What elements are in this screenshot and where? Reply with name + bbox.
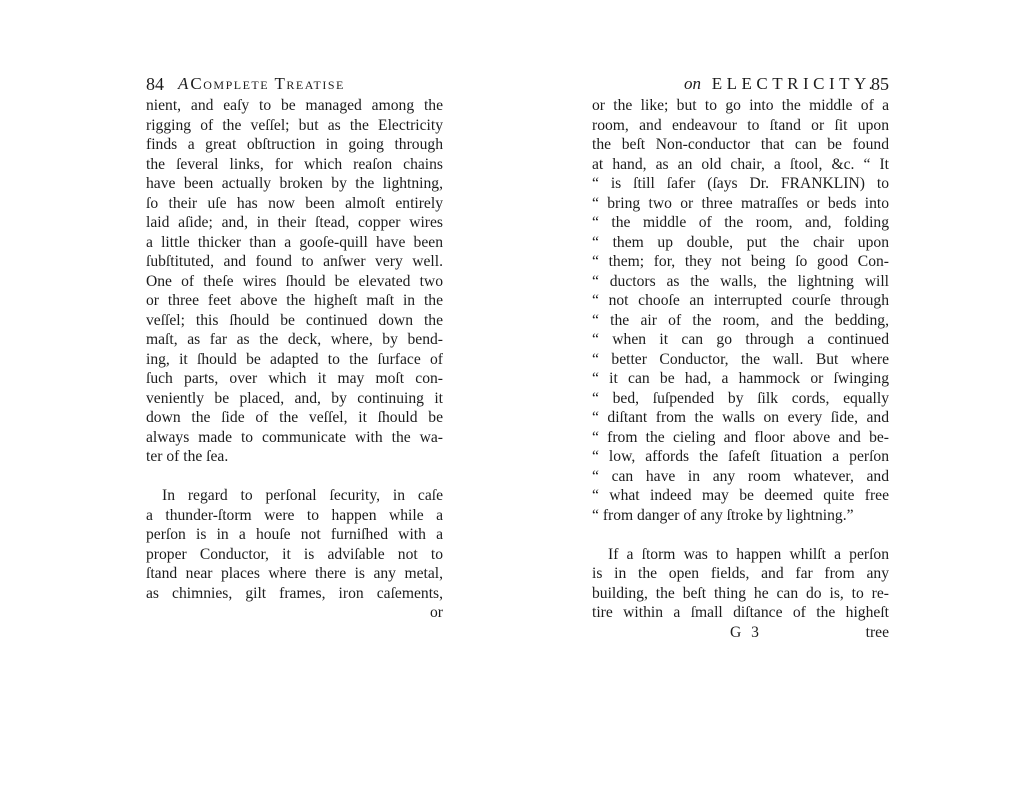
text-line: tire within a ſmall diſtance of the high… xyxy=(592,603,889,623)
text-line: ſo their uſe has now been almoſt entirel… xyxy=(146,194,443,214)
text-line: a thunder-ſtorm were to happen while a xyxy=(146,506,443,526)
text-line: or three feet above the higheſt maſt in … xyxy=(146,291,443,311)
paragraph-gap xyxy=(146,467,443,487)
text-line: ing, it ſhould be adapted to the ſurface… xyxy=(146,350,443,370)
text-line: a little thicker than a gooſe-quill have… xyxy=(146,233,443,253)
text-line: nient, and eaſy to be managed among the xyxy=(146,96,443,116)
text-line: “ better Conductor, the wall. But where xyxy=(592,350,889,370)
text-line: “ from the cieling and floor above and b… xyxy=(592,428,889,448)
paragraph: or the like; but to go into the middle o… xyxy=(592,96,889,525)
right-body-text: or the like; but to go into the middle o… xyxy=(592,96,889,642)
text-line: laid aſide; and, in their ſtead, copper … xyxy=(146,213,443,233)
text-line: perſon is in a houſe not furniſhed with … xyxy=(146,525,443,545)
left-page-number: 84 xyxy=(146,72,164,96)
left-running-title: AComplete Treatise xyxy=(178,72,345,96)
text-line: “ ductors as the walls, the lightning wi… xyxy=(592,272,889,292)
text-line: “ can have in any room whatever, and xyxy=(592,467,889,487)
text-line: “ them up double, put the chair upon xyxy=(592,233,889,253)
text-line: always made to communicate with the wa- xyxy=(146,428,443,448)
text-line: or the like; but to go into the middle o… xyxy=(592,96,889,116)
left-body-text: nient, and eaſy to be managed among the … xyxy=(146,96,443,623)
text-line: rigging of the veſſel; but as the Electr… xyxy=(146,116,443,136)
right-footer: G 3 tree xyxy=(592,623,889,643)
left-running-title-italic: A xyxy=(178,74,188,93)
paragraph-gap xyxy=(592,525,889,545)
text-line: In regard to perſonal ſecurity, in caſe xyxy=(146,486,443,506)
text-line: “ the middle of the room, and, folding xyxy=(592,213,889,233)
text-line: “ when it can go through a continued xyxy=(592,330,889,350)
left-catchword: or xyxy=(430,603,443,623)
text-line: finds a great obſtruction in going throu… xyxy=(146,135,443,155)
text-line: If a ſtorm was to happen whilſt a perſon xyxy=(592,545,889,565)
text-line: “ bring two or three matraſſes or beds i… xyxy=(592,194,889,214)
text-line: room, and endeavour to ſtand or ſit upon xyxy=(592,116,889,136)
text-line: proper Conductor, it is adviſable not to xyxy=(146,545,443,565)
text-line: “ is ſtill ſafer (ſays Dr. FRANKLIN) to xyxy=(592,174,889,194)
text-line: down the ſide of the veſſel, it ſhould b… xyxy=(146,408,443,428)
text-line: ſubſtituted, and found to anſwer very we… xyxy=(146,252,443,272)
left-running-head: 84 AComplete Treatise xyxy=(146,72,443,96)
text-line: ſtand near places where there is any met… xyxy=(146,564,443,584)
text-line: veſſel; this ſhould be continued down th… xyxy=(146,311,443,331)
text-line: ter of the ſea. xyxy=(146,447,443,467)
text-line: at hand, as an old chair, a ſtool, &c. “… xyxy=(592,155,889,175)
text-line: the ſeveral links, for which reaſon chai… xyxy=(146,155,443,175)
text-line: building, the beſt thing he can do is, t… xyxy=(592,584,889,604)
signature-mark: G 3 xyxy=(730,623,762,643)
text-line: One of theſe wires ſhould be elevated tw… xyxy=(146,272,443,292)
text-line: “ bed, ſuſpended by ſilk cords, equally xyxy=(592,389,889,409)
text-line: as chimnies, gilt frames, iron caſements… xyxy=(146,584,443,604)
text-line: veniently be placed, and, by continuing … xyxy=(146,389,443,409)
text-line: “ the air of the room, and the bedding, xyxy=(592,311,889,331)
text-line: “ from danger of any ſtroke by lightning… xyxy=(592,506,889,526)
left-page: 84 AComplete Treatise nient, and eaſy to… xyxy=(146,72,443,623)
right-page-number: 85 xyxy=(871,72,889,96)
right-running-head: on ELECTRICITY. 85 xyxy=(592,72,889,96)
text-line: “ them; for, they not being ſo good Con- xyxy=(592,252,889,272)
right-running-title-text: ELECTRICITY. xyxy=(712,74,878,93)
text-line: “ low, affords the ſafeſt ſituation a pe… xyxy=(592,447,889,467)
left-footer: or xyxy=(146,603,443,623)
text-line: have been actually broken by the lightni… xyxy=(146,174,443,194)
right-catchword: tree xyxy=(866,623,889,643)
text-line: “ not chooſe an interrupted courſe throu… xyxy=(592,291,889,311)
paragraph: nient, and eaſy to be managed among the … xyxy=(146,96,443,467)
right-running-title-italic: on xyxy=(684,74,701,93)
right-running-title: on ELECTRICITY. xyxy=(684,72,877,96)
text-line: “ what indeed may be deemed quite free xyxy=(592,486,889,506)
left-running-title-text: Complete Treatise xyxy=(190,74,345,93)
text-line: maſt, as far as the deck, where, by bend… xyxy=(146,330,443,350)
text-line: is in the open fields, and far from any xyxy=(592,564,889,584)
paragraph: If a ſtorm was to happen whilſt a perſon… xyxy=(592,545,889,623)
text-line: “ it can be had, a hammock or ſwinging xyxy=(592,369,889,389)
text-line: the beſt Non-conductor that can be found xyxy=(592,135,889,155)
text-line: ſuch parts, over which it may moſt con- xyxy=(146,369,443,389)
text-line: “ diſtant from the walls on every ſide, … xyxy=(592,408,889,428)
paragraph: In regard to perſonal ſecurity, in caſe … xyxy=(146,486,443,603)
right-page: on ELECTRICITY. 85 or the like; but to g… xyxy=(592,72,889,642)
